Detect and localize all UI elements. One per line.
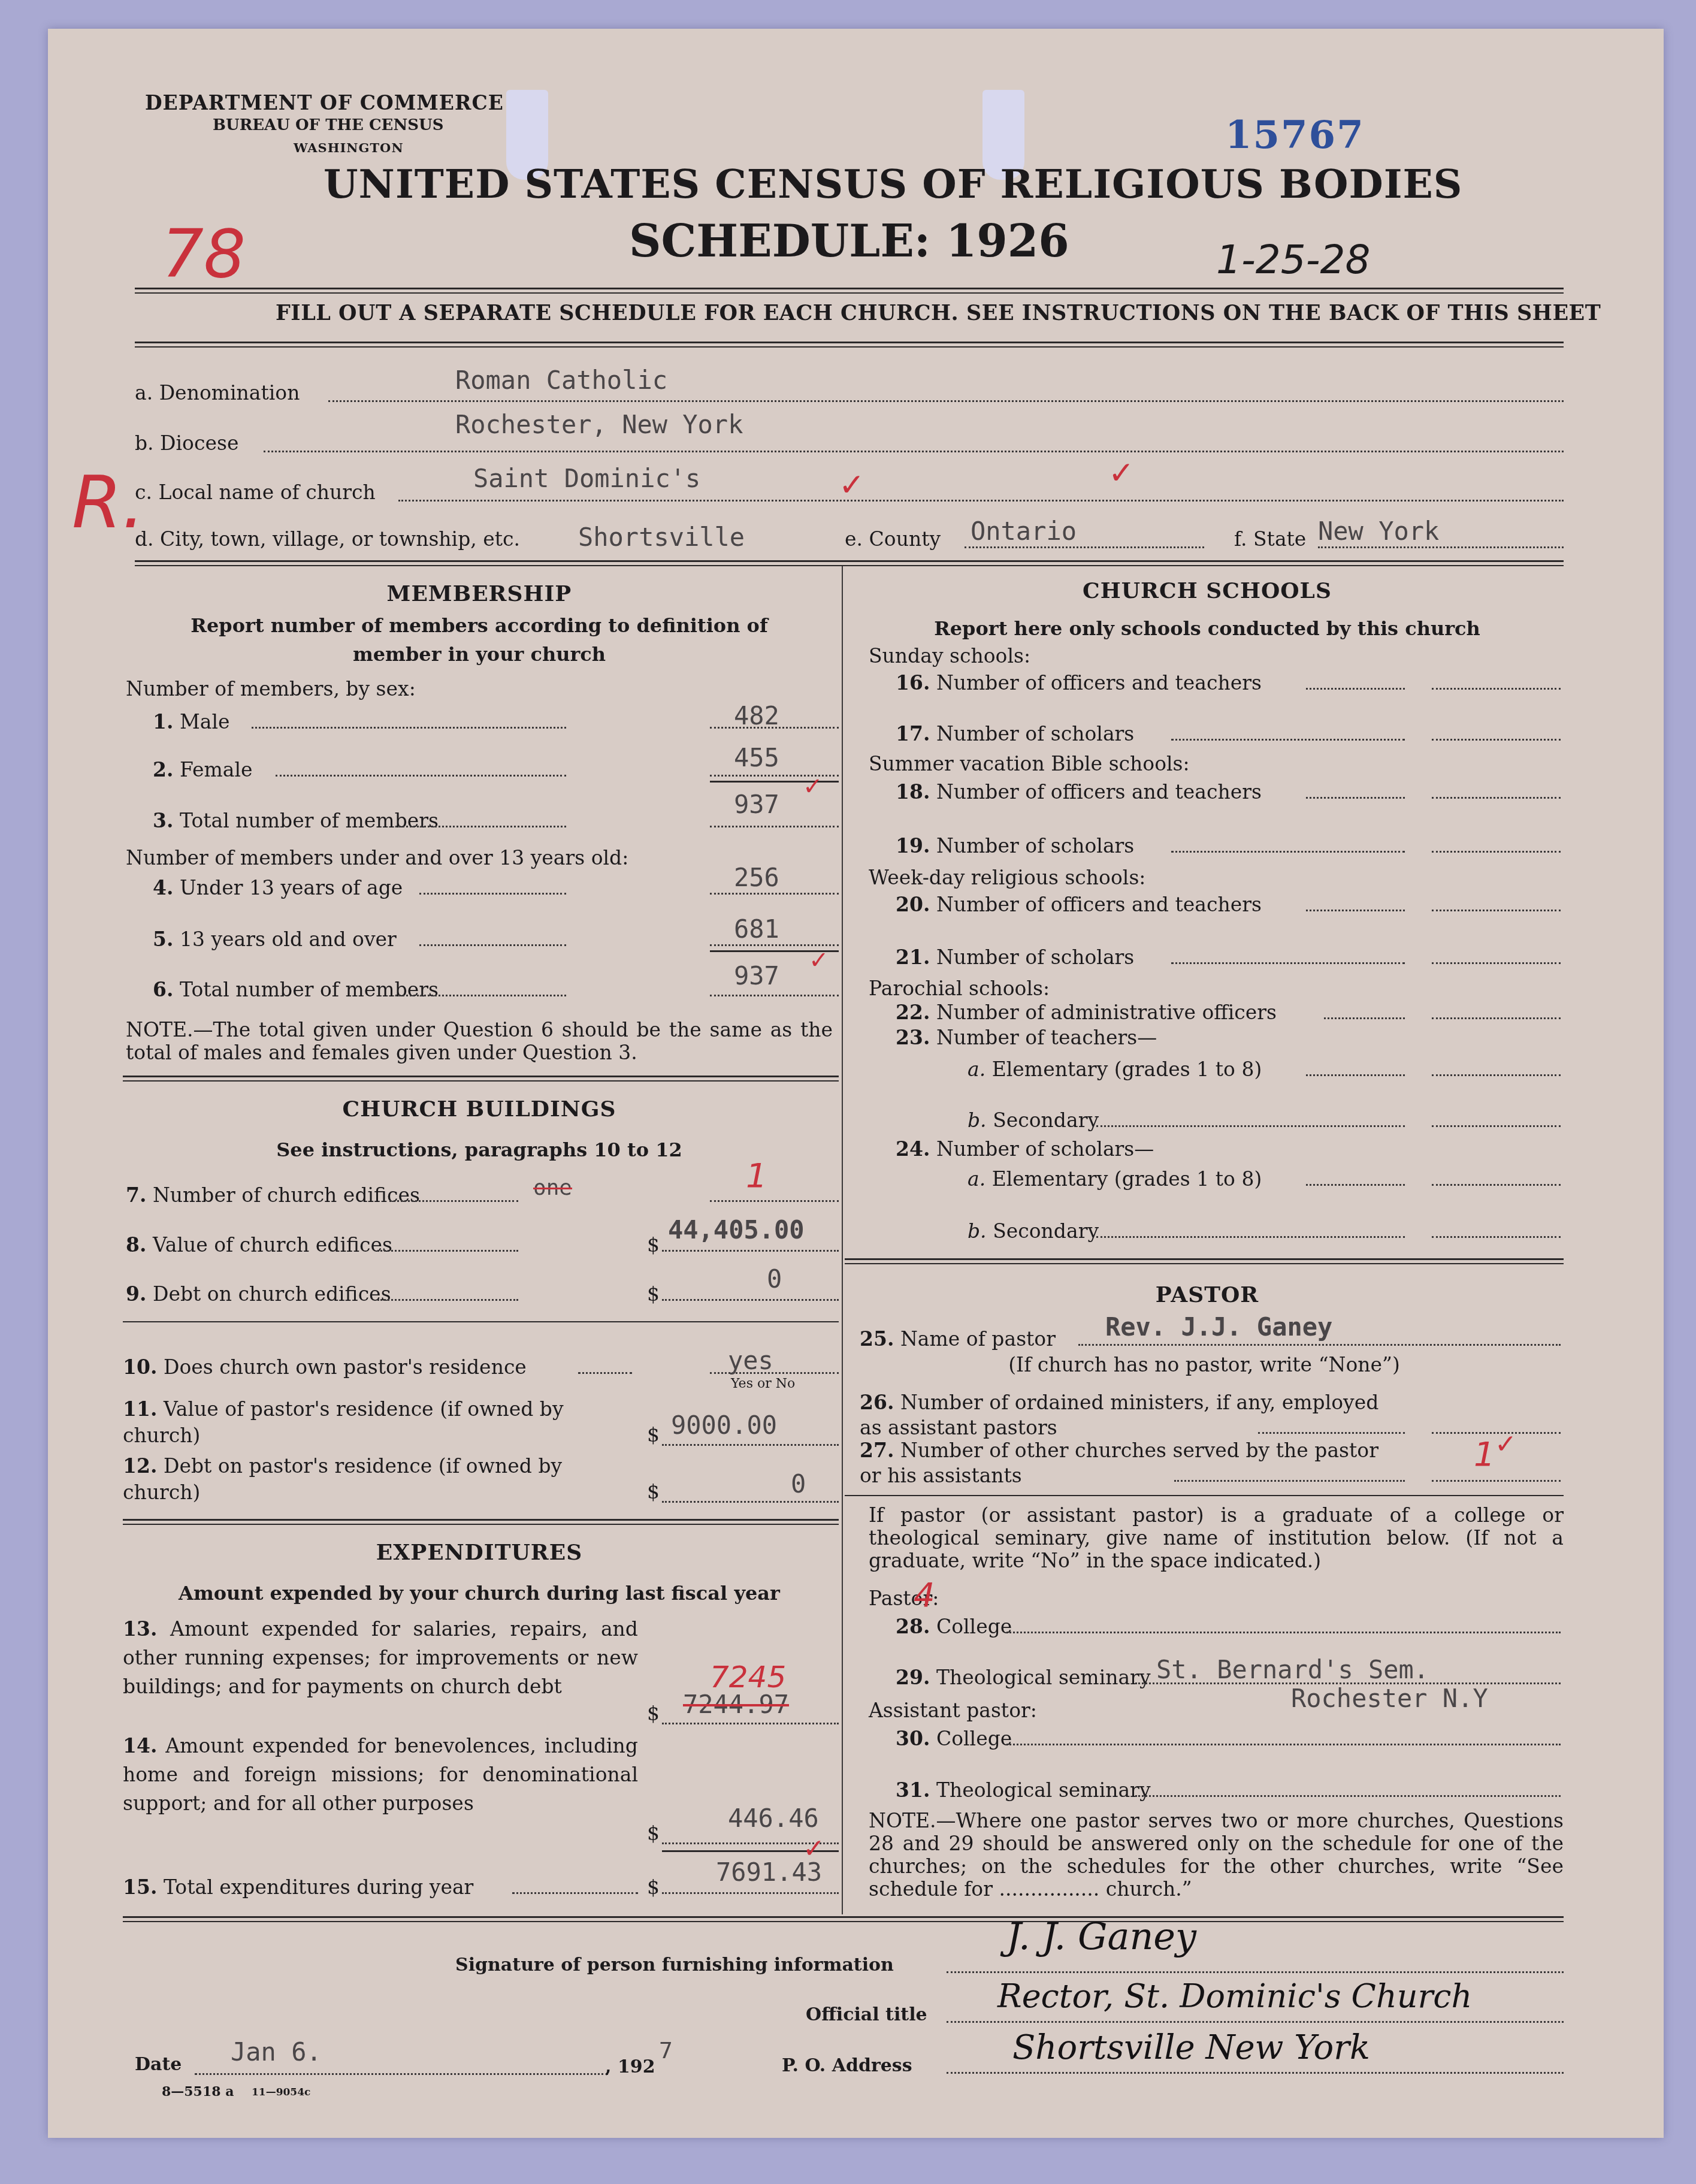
signature-field[interactable]: J. J. Ganey [1006,1914,1196,1958]
yes-no-hint: Yes or No [731,1376,795,1391]
secondary-teachers-field[interactable] [1432,1125,1561,1127]
divider [135,288,1564,289]
q7-label: 7. Number of church edifices [126,1183,420,1207]
pastor-college-field[interactable] [1006,1632,1561,1633]
pastor-none-hint: (If church has no pastor, write “None”) [905,1353,1504,1376]
secondary-scholars-field[interactable] [1432,1236,1561,1238]
dotted-line [1306,688,1405,690]
schedule-title: SCHEDULE: 1926 [629,216,1069,267]
q31-label: 31. Theological seminary [896,1778,1151,1802]
dotted-line [395,826,566,827]
handwritten-date: 1-25-28 [1216,237,1371,283]
diocese-field[interactable]: Rochester, New York [455,410,743,439]
red-check-icon: ✓ [839,467,865,503]
q23b-label: b. Secondary [968,1108,1099,1132]
divider [135,565,1564,566]
dotted-line [662,1299,839,1301]
city-field[interactable]: Shortsville [578,522,745,552]
dotted-line [662,1892,839,1894]
dotted-line [1318,546,1564,548]
dotted-line [1306,797,1405,799]
dotted-line [710,944,839,946]
assistant-college-field[interactable] [1006,1744,1561,1745]
department-name: DEPARTMENT OF COMMERCE [145,91,504,114]
county-field[interactable]: Ontario [971,516,1077,546]
over-13-field[interactable]: 681 [734,914,779,944]
dotted-line [662,1250,839,1252]
dotted-line [389,1200,518,1202]
pastor-seminary-location: Rochester N.Y [1291,1684,1488,1713]
pastor-note: NOTE.—Where one pastor serves two or mor… [869,1810,1564,1901]
dollar-sign: $ [647,1233,660,1256]
sunday-scholars-field[interactable] [1432,739,1561,741]
dollar-sign: $ [647,1282,660,1306]
dollar-sign: $ [647,1702,660,1725]
dotted-line [662,1501,839,1503]
year-suffix-field[interactable]: 7 [659,2037,673,2064]
owns-residence-field[interactable]: yes [728,1346,773,1375]
membership-heading: MEMBERSHIP [120,581,839,606]
q14-label: 14. Amount expended for benevolences, in… [123,1732,638,1818]
q2-label: 2. Female [153,758,253,781]
assistant-seminary-field[interactable] [1135,1795,1561,1797]
form-title: UNITED STATES CENSUS OF RELIGIOUS BODIES [324,161,1463,207]
q6-label: 6. Total number of members [153,978,439,1001]
dotted-line [710,893,839,895]
q25-label: 25. Name of pastor [860,1327,1056,1351]
bureau-city: WASHINGTON [294,140,404,155]
pastor-seminary-field[interactable]: St. Bernard's Sem. [1156,1655,1429,1684]
dotted-line [662,1444,839,1446]
q5-label: 5. 13 years old and over [153,928,397,951]
divider [845,1258,1564,1260]
dotted-line [710,995,839,996]
dollar-sign: $ [647,1423,660,1446]
schools-subheading: Report here only schools conducted by th… [851,617,1564,640]
q8-label: 8. Value of church edifices [126,1233,392,1256]
official-title-label: Official title [806,2004,927,2025]
dotted-line [1432,1480,1561,1482]
dotted-line [1078,1344,1561,1346]
q19-label: 19. Number of scholars [896,834,1134,857]
dollar-sign: $ [647,1875,660,1899]
buildings-subheading: See instructions, paragraphs 10 to 12 [120,1138,839,1161]
dotted-line [965,546,1204,548]
bureau-name: BUREAU OF THE CENSUS [213,116,443,134]
divider [123,1921,1564,1922]
dotted-line [947,1971,1564,1973]
other-churches-field[interactable]: 1 [1474,1435,1495,1474]
weekday-officers-field[interactable] [1432,910,1561,911]
q29-label: 29. Theological seminary [896,1666,1151,1689]
dotted-line [662,1723,839,1724]
edifices-typed-field[interactable]: one [533,1176,572,1200]
by-age-label: Number of members under and over 13 year… [126,846,628,869]
dotted-line [1171,851,1405,853]
q30-label: 30. College [896,1727,1012,1750]
q24-label: 24. Number of scholars— [896,1137,1154,1161]
dotted-line [1306,1074,1405,1076]
po-address-field[interactable]: Shortsville New York [1012,2028,1370,2067]
date-field[interactable]: Jan 6. [231,2037,322,2067]
dotted-line [512,1892,638,1894]
sunday-schools-label: Sunday schools: [869,644,1030,667]
red-mark-letter: R. [72,461,145,545]
pastor-name-field[interactable]: Rev. J.J. Ganey [1105,1312,1332,1342]
q3-label: 3. Total number of members [153,809,439,832]
divider [123,1519,839,1521]
q15-label: 15. Total expenditures during year [123,1875,473,1899]
instruction-banner: FILL OUT A SEPARATE SCHEDULE FOR EACH CH… [276,301,1601,325]
vbs-officers-field[interactable] [1432,797,1561,799]
running-expenses-field[interactable]: 7244.97 [683,1690,789,1719]
dotted-line [710,1200,839,1202]
q4-label: 4. Under 13 years of age [153,876,403,899]
dotted-line [1171,739,1405,741]
dollar-sign: $ [647,1480,660,1503]
dotted-line [1258,1432,1405,1434]
dotted-line [1096,1125,1405,1127]
schools-heading: CHURCH SCHOOLS [851,578,1564,603]
q22-label: 22. Number of administrative officers [896,1001,1277,1024]
membership-note: NOTE.—The total given under Question 6 s… [126,1019,833,1064]
divider [123,1321,839,1322]
dotted-line [328,400,1564,402]
state-field[interactable]: New York [1318,516,1439,546]
dotted-line [1306,910,1405,911]
residence-value-field[interactable]: 9000.00 [671,1410,777,1440]
dotted-line [252,727,566,729]
dotted-line [947,2021,1564,2023]
dotted-line [398,500,1564,502]
dotted-line [419,893,566,895]
graduate-instructions: If pastor (or assistant pastor) is a gra… [869,1504,1564,1572]
pastor-heading: PASTOR [851,1282,1564,1307]
q21-label: 21. Number of scholars [896,946,1134,969]
total-members-age-field[interactable]: 937 [734,961,779,990]
divider [135,342,1564,343]
divider [123,1076,839,1077]
form-code: 8—5518 a [162,2084,234,2100]
q9-label: 9. Debt on church edifices [126,1282,391,1306]
dotted-line [395,995,566,996]
dotted-line [1306,1184,1405,1186]
total-expenditures-field[interactable]: 7691.43 [716,1857,822,1887]
signature-label: Signature of person furnishing informati… [455,1955,894,1975]
dotted-line [1096,1236,1405,1238]
q12-label: 12. Debt on pastor's residence (if owned… [123,1453,638,1506]
pastor-red-mark: 4 [914,1576,935,1615]
state-label: f. State [1234,527,1306,551]
q16-label: 16. Number of officers and teachers [896,671,1262,694]
total-members-field[interactable]: 937 [734,790,779,819]
city-label: d. City, town, village, or township, etc… [135,527,520,551]
red-check-icon: ✓ [1108,455,1135,491]
q23a-label: a. Elementary (grades 1 to 8) [968,1058,1262,1081]
edifices-value-field[interactable]: 44,405.00 [668,1215,805,1244]
admin-officers-field[interactable] [1432,1017,1561,1019]
dotted-line [947,2072,1564,2074]
print-code: 11—9054c [252,2086,310,2098]
sunday-officers-field[interactable] [1432,688,1561,690]
divider [845,1495,1564,1496]
stamp-number: 15767 [1225,113,1365,158]
dotted-line [710,826,839,827]
divider [123,1080,839,1082]
dotted-line [1324,1017,1405,1019]
divider [135,292,1564,294]
date-label: Date [135,2054,182,2075]
expenditures-subheading: Amount expended by your church during la… [120,1582,839,1605]
q24b-label: b. Secondary [968,1219,1099,1243]
edifices-debt-field[interactable]: 0 [767,1264,782,1294]
dotted-line [578,1372,632,1374]
red-check-icon: ✓ [1495,1429,1517,1460]
dotted-line [276,775,566,777]
q23-label: 23. Number of teachers— [896,1026,1157,1049]
residence-debt-field[interactable]: 0 [791,1469,806,1499]
elementary-scholars-field[interactable] [1432,1184,1561,1186]
edifices-corrected-value: 1 [746,1156,767,1195]
male-count-field[interactable]: 482 [734,701,779,730]
membership-subheading: Report number of members according to de… [180,611,779,669]
divider [845,1263,1564,1264]
under-13-field[interactable]: 256 [734,863,779,892]
year-prefix: , 192 [605,2056,655,2077]
divider [123,1916,1564,1918]
weekday-schools-label: Week-day religious schools: [869,866,1145,889]
dotted-line [377,1250,518,1252]
q20-label: 20. Number of officers and teachers [896,893,1262,916]
diocese-label: b. Diocese [135,431,238,455]
parochial-schools-label: Parochial schools: [869,977,1050,1000]
expenditures-heading: EXPENDITURES [120,1540,839,1565]
dotted-line [1174,1480,1405,1482]
column-divider [842,566,843,1914]
po-address-label: P. O. Address [782,2055,912,2076]
q13-label: 13. Amount expended for salaries, repair… [123,1615,638,1701]
divider [123,1524,839,1525]
county-label: e. County [845,527,941,551]
female-count-field[interactable]: 455 [734,743,779,772]
church-name-label: c. Local name of church [135,481,376,504]
dotted-line [419,944,566,946]
q18-label: 18. Number of officers and teachers [896,780,1262,803]
red-check-icon: ✓ [809,947,829,974]
red-check-icon: ✓ [803,773,823,801]
weekday-scholars-field[interactable] [1432,962,1561,964]
official-title-field[interactable]: Rector, St. Dominic's Church [997,1977,1472,2015]
q11-label: 11. Value of pastor's residence (if owne… [123,1396,638,1449]
by-sex-label: Number of members, by sex: [126,677,416,700]
denomination-label: a. Denomination [135,381,300,404]
vbs-label: Summer vacation Bible schools: [869,752,1190,775]
dotted-line [264,451,1564,452]
divider [135,346,1564,348]
q10-label: 10. Does church own pastor's residence [123,1355,527,1379]
red-mark-number: 78 [162,216,246,292]
elementary-teachers-field[interactable] [1432,1074,1561,1076]
benevolences-field[interactable]: 446.46 [728,1804,819,1833]
dollar-sign: $ [647,1821,660,1845]
q1-label: 1. Male [153,710,230,733]
q24a-label: a. Elementary (grades 1 to 8) [968,1167,1262,1191]
denomination-field[interactable]: Roman Catholic [455,365,667,395]
dotted-line [377,1299,518,1301]
dotted-line [1171,962,1405,964]
divider [135,560,1564,562]
church-name-field[interactable]: Saint Dominic's [473,464,700,493]
vbs-scholars-field[interactable] [1432,851,1561,853]
buildings-heading: CHURCH BUILDINGS [120,1096,839,1122]
dotted-line [195,2073,608,2075]
q28-label: 28. College [896,1615,1012,1638]
q17-label: 17. Number of scholars [896,722,1134,745]
assistant-pastor-label: Assistant pastor: [869,1699,1037,1722]
